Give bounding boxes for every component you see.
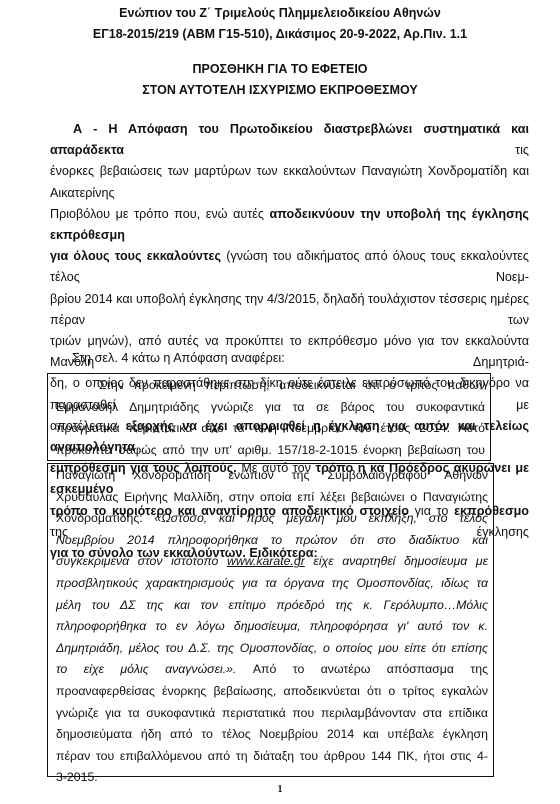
judgment-excerpt-box-2: Παναγιώτη Χονδροματίδη ενώπιον της Συμβο… xyxy=(47,463,494,777)
quoted-testimony: Δημητριάδη, μέλος του Δ.Σ. της Ομοσπονδί… xyxy=(56,641,488,655)
document-title-line2: ΣΤΟΝ ΑΥΤΟΤΕΛΗ ΙΣΧΥΡΙΣΜΟ ΕΚΠΡΟΘΕΣΜΟΥ xyxy=(0,83,560,97)
quoted-testimony: είχε αναρτηθεί δημοσίευμα με xyxy=(305,554,488,568)
quoted-testimony: Νοεμβρίου 2014 πληροφορήθηκα το πρώτον ό… xyxy=(56,533,488,547)
excerpt-line: προαναφερθείσας ένορκης βεβαίωσης, αποδε… xyxy=(56,681,488,703)
quoted-testimony: προσβλητικούς χαρακτηρισμούς για τα όργα… xyxy=(56,576,488,590)
quote-intro-text: Στη σελ. 4 κάτω η Απόφαση αναφέρει: xyxy=(72,351,285,365)
page-number: 1 xyxy=(0,784,560,795)
excerpt-line: γνώριζε για τα συκοφαντικά περιστατικά π… xyxy=(56,703,488,725)
text-run: γνώριζε για τα συκοφαντικά περιστατικά π… xyxy=(56,706,488,720)
excerpt-line: πληροφορήθηκα το εν λόγω δημοσίευμα, πλη… xyxy=(56,616,488,638)
excerpt-line: δημοσιεύματα ήδη από το τέλος Νοεμβρίου … xyxy=(56,724,488,746)
paragraph-line: Πριοβόλου με τρόπο που, ενώ αυτές αποδει… xyxy=(50,204,529,246)
paragraph-line: Α - Η Απόφαση του Πρωτοδικείου διαστρεβλ… xyxy=(50,119,529,161)
text-run: τις xyxy=(124,143,529,157)
case-reference: ΕΓ18-2015/219 (ΑΒΜ Γ15-510), Δικάσιμος 2… xyxy=(0,27,560,41)
text-run: 3-2015. xyxy=(56,770,98,784)
paragraph-line: βρίου 2014 και υποβολή έγκλησης την 4/3/… xyxy=(50,289,529,331)
emphasized-text: για όλους τους εκκαλούντες xyxy=(50,249,221,263)
quoted-testimony: μέλη του ΔΣ της και τον επίτιμο πρόεδρό … xyxy=(56,598,488,612)
excerpt-line: πέραν του επιβαλλόμενου από τη διάταξη τ… xyxy=(56,746,488,768)
quote-intro: Στη σελ. 4 κάτω η Απόφαση αναφέρει: xyxy=(50,348,285,368)
paragraph-line: για όλους τους εκκαλούντες (γνώση του αδ… xyxy=(50,246,529,288)
excerpt-line: Στην προκείμενη περίπτωση, αποδεικνύεται… xyxy=(56,375,485,397)
court-heading: Ενώπιον του Ζ΄ Τριμελούς Πλημμελειοδικεί… xyxy=(0,6,560,20)
excerpt-line: Χονδροματίδης: «Ωστόσο, και προς μεγάλη … xyxy=(56,508,488,530)
excerpt-line: Νοεμβρίου 2014 πληροφορήθηκα το πρώτον ό… xyxy=(56,530,488,552)
excerpt-line: Χρυσάυλας Ειρήνης Μαλλίδη, στην οποία επ… xyxy=(56,487,488,509)
quoted-testimony: το είχε μόλις αναγνώσει.». xyxy=(56,662,253,676)
text-run: πέραν του επιβαλλόμενου από τη διάταξη τ… xyxy=(56,749,488,763)
text-run: προαναφερθείσας ένορκης βεβαίωσης, αποδε… xyxy=(56,684,488,698)
paragraph-line: ένορκες βεβαιώσεις των μαρτύρων των εκκα… xyxy=(50,161,529,203)
excerpt-line: προκύπτει σαφώς από την υπ' αριθμ. 157/1… xyxy=(56,440,485,462)
quoted-testimony: πληροφορήθηκα το εν λόγω δημοσίευμα, πλη… xyxy=(56,619,488,633)
text-run: δημοσιεύματα ήδη από το τέλος Νοεμβρίου … xyxy=(56,727,488,741)
excerpt-line: συγκεκριμένα στον ιστότοπο www.karate.gr… xyxy=(56,551,488,573)
quoted-testimony: «Ωστόσο, και προς μεγάλη μου έκπληξη, στ… xyxy=(154,511,488,525)
excerpt-line: το είχε μόλις αναγνώσει.». Από το ανωτέρ… xyxy=(56,659,488,681)
excerpt-line: Παναγιώτη Χονδροματίδη ενώπιον της Συμβο… xyxy=(56,465,488,487)
excerpt-line: μέλη του ΔΣ της και τον επίτιμο πρόεδρό … xyxy=(56,595,488,617)
quoted-testimony: συγκεκριμένα στον ιστότοπο xyxy=(56,554,227,568)
judgment-excerpt-box-1: Στην προκείμενη περίπτωση, αποδεικνύεται… xyxy=(47,373,491,461)
text-run: Πριοβόλου με τρόπο που, ενώ αυτές xyxy=(50,207,270,221)
excerpt-line: Δημητριάδη, μέλος του Δ.Σ. της Ομοσπονδί… xyxy=(56,638,488,660)
text-run: Παναγιώτη Χονδροματίδη ενώπιον της Συμβο… xyxy=(56,468,488,482)
text-run: Χονδροματίδης: xyxy=(56,511,154,525)
excerpt-line: πραγματικά περιστατικά από τα τέλη Νοεμβ… xyxy=(56,418,485,440)
text-run: ένορκες βεβαιώσεις των μαρτύρων των εκκα… xyxy=(50,164,529,199)
document-title-line1: ΠΡΟΣΘΗΚΗ ΓΙΑ ΤΟ ΕΦΕΤΕΙΟ xyxy=(0,62,560,76)
excerpt-line: Εμμανουήλ Δημητριάδης γνώριζε για τα σε … xyxy=(56,397,485,419)
text-run: Χρυσάυλας Ειρήνης Μαλλίδη, στην οποία επ… xyxy=(56,490,488,504)
text-run: Από το ανωτέρω απόσπασμα της xyxy=(253,662,488,676)
website-link[interactable]: www.karate.gr xyxy=(227,554,305,568)
excerpt-line: προσβλητικούς χαρακτηρισμούς για τα όργα… xyxy=(56,573,488,595)
text-run: βρίου 2014 και υποβολή έγκλησης την 4/3/… xyxy=(50,292,529,327)
